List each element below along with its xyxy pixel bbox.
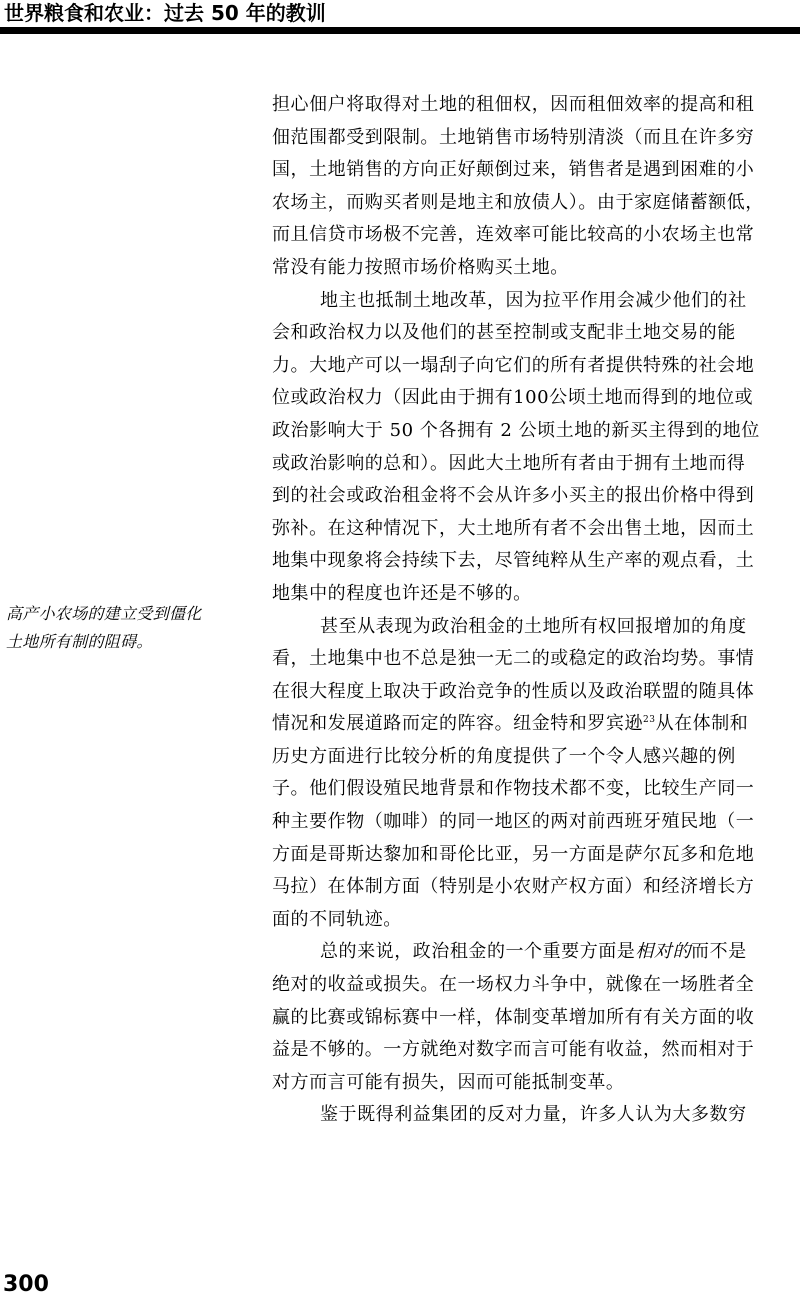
text-line: 面的不同轨迹。 bbox=[272, 904, 798, 937]
text-line: 地集中现象将会持续下去，尽管纯粹从生产率的观点看，土 bbox=[272, 545, 798, 578]
text-line: 方面是哥斯达黎加和哥伦比亚，另一方面是萨尔瓦多和危地 bbox=[272, 839, 798, 872]
text-line: 马拉）在体制方面（特别是小农财产权方面）和经济增长方 bbox=[272, 871, 798, 904]
text-line: 地集中的程度也许还是不够的。 bbox=[272, 578, 798, 611]
line-text: 地集中的程度也许还是不够的。 bbox=[272, 583, 532, 604]
page-number: 300 bbox=[3, 1272, 49, 1298]
text-line: 子。他们假设殖民地背景和作物技术都不变，比较生产同一 bbox=[272, 773, 798, 806]
line-text: 位或政治权力（因此由于拥有100公顷土地而得到的地位或 bbox=[272, 387, 753, 408]
text-line: 情况和发展道路而定的阵容。纽金特和罗宾逊23从在体制和 bbox=[272, 708, 798, 741]
line-text: 看，土地集中也不总是独一无二的或稳定的政治均势。事情 bbox=[272, 648, 754, 669]
text-line: 力。大地产可以一塌刮子向它们的所有者提供特殊的社会地 bbox=[272, 350, 798, 383]
line-text: 马拉）在体制方面（特别是小农财产权方面）和经济增长方 bbox=[272, 876, 754, 897]
text-line: 会和政治权力以及他们的甚至控制或支配非土地交易的能 bbox=[272, 317, 798, 350]
line-text: 鉴于既得利益集团的反对力量，许多人认为大多数穷 bbox=[320, 1104, 747, 1125]
text-line: 对方而言可能有损失，因而可能抵制变革。 bbox=[272, 1067, 798, 1100]
text-line: 地主也抵制土地改革，因为拉平作用会减少他们的社 bbox=[272, 285, 798, 318]
text-line: 赢的比赛或锦标赛中一样，体制变革增加所有有关方面的收 bbox=[272, 1002, 798, 1035]
line-text: 历史方面进行比较分析的角度提供了一个令人感兴趣的例 bbox=[272, 746, 736, 767]
line-text: 方面是哥斯达黎加和哥伦比亚，另一方面是萨尔瓦多和危地 bbox=[272, 844, 754, 865]
text-line: 国，土地销售的方向正好颠倒过来，销售者是遇到困难的小 bbox=[272, 154, 798, 187]
line-text: 会和政治权力以及他们的甚至控制或支配非土地交易的能 bbox=[272, 322, 736, 343]
line-text: 对方而言可能有损失，因而可能抵制变革。 bbox=[272, 1072, 624, 1093]
text-line: 担心佃户将取得对土地的租佃权，因而租佃效率的提高和租 bbox=[272, 89, 798, 122]
header-rule bbox=[0, 27, 800, 34]
body-text: 担心佃户将取得对土地的租佃权，因而租佃效率的提高和租佃范围都受到限制。土地销售市… bbox=[272, 89, 798, 1132]
line-text: 在很大程度上取决于政治竞争的性质以及政治联盟的随具体 bbox=[272, 681, 754, 702]
line-text: 情况和发展道路而定的阵容。纽金特和罗宾逊 bbox=[272, 713, 643, 734]
emphasis-text: 相对的 bbox=[635, 941, 691, 962]
line-text: 益是不够的。一方就绝对数字而言可能有收益，然而相对于 bbox=[272, 1039, 754, 1060]
line-text: 担心佃户将取得对土地的租佃权，因而租佃效率的提高和租 bbox=[272, 94, 754, 115]
line-text: 农场主，而购买者则是地主和放债人）。由于家庭储蓄额低， bbox=[272, 192, 764, 213]
line-text: 而且信贷市场极不完善，连效率可能比较高的小农场主也常 bbox=[272, 224, 754, 245]
line-text: 佃范围都受到限制。土地销售市场特别清淡（而且在许多穷 bbox=[272, 127, 754, 148]
line-text: 到的社会或政治租金将不会从许多小买主的报出价格中得到 bbox=[272, 485, 754, 506]
line-text: 面的不同轨迹。 bbox=[272, 909, 402, 930]
line-text: 地主也抵制土地改革，因为拉平作用会减少他们的社 bbox=[320, 290, 747, 311]
line-text: 甚至从表现为政治租金的土地所有权回报增加的角度 bbox=[320, 616, 747, 637]
text-line: 绝对的收益或损失。在一场权力斗争中，就像在一场胜者全 bbox=[272, 969, 798, 1002]
text-line: 常没有能力按照市场价格购买土地。 bbox=[272, 252, 798, 285]
line-text-tail: 从在体制和 bbox=[656, 713, 749, 734]
text-line: 政治影响大于 50 个各拥有 2 公顷土地的新买主得到的地位 bbox=[272, 415, 798, 448]
text-line: 到的社会或政治租金将不会从许多小买主的报出价格中得到 bbox=[272, 480, 798, 513]
text-line: 在很大程度上取决于政治竞争的性质以及政治联盟的随具体 bbox=[272, 676, 798, 709]
line-text: 赢的比赛或锦标赛中一样，体制变革增加所有有关方面的收 bbox=[272, 1007, 754, 1028]
text-line: 总的来说，政治租金的一个重要方面是相对的而不是 bbox=[272, 936, 798, 969]
text-line: 甚至从表现为政治租金的土地所有权回报增加的角度 bbox=[272, 611, 798, 644]
text-line: 看，土地集中也不总是独一无二的或稳定的政治均势。事情 bbox=[272, 643, 798, 676]
text-line: 历史方面进行比较分析的角度提供了一个令人感兴趣的例 bbox=[272, 741, 798, 774]
text-line: 农场主，而购买者则是地主和放债人）。由于家庭储蓄额低， bbox=[272, 187, 798, 220]
text-line: 益是不够的。一方就绝对数字而言可能有收益，然而相对于 bbox=[272, 1034, 798, 1067]
text-line: 种主要作物（咖啡）的同一地区的两对前西班牙殖民地（一 bbox=[272, 806, 798, 839]
line-text: 总的来说，政治租金的一个重要方面是 bbox=[320, 941, 635, 962]
text-line: 而且信贷市场极不完善，连效率可能比较高的小农场主也常 bbox=[272, 219, 798, 252]
margin-note: 高产小农场的建立受到僵化 土地所有制的阻碍。 bbox=[6, 600, 246, 656]
line-text: 国，土地销售的方向正好颠倒过来，销售者是遇到困难的小 bbox=[272, 159, 754, 180]
text-line: 佃范围都受到限制。土地销售市场特别清淡（而且在许多穷 bbox=[272, 122, 798, 155]
line-text: 常没有能力按照市场价格购买土地。 bbox=[272, 257, 569, 278]
line-text-tail: 而不是 bbox=[691, 941, 747, 962]
line-text: 种主要作物（咖啡）的同一地区的两对前西班牙殖民地（一 bbox=[272, 811, 754, 832]
text-line: 位或政治权力（因此由于拥有100公顷土地而得到的地位或 bbox=[272, 382, 798, 415]
text-line: 或政治影响的总和）。因此大土地所有者由于拥有土地而得 bbox=[272, 448, 798, 481]
text-line: 鉴于既得利益集团的反对力量，许多人认为大多数穷 bbox=[272, 1099, 798, 1132]
margin-note-line: 土地所有制的阻碍。 bbox=[6, 628, 246, 656]
line-text: 子。他们假设殖民地背景和作物技术都不变，比较生产同一 bbox=[272, 778, 754, 799]
line-text: 或政治影响的总和）。因此大土地所有者由于拥有土地而得 bbox=[272, 453, 745, 474]
line-text: 地集中现象将会持续下去，尽管纯粹从生产率的观点看，土 bbox=[272, 550, 754, 571]
line-text: 绝对的收益或损失。在一场权力斗争中，就像在一场胜者全 bbox=[272, 974, 754, 995]
line-text: 弥补。在这种情况下，大土地所有者不会出售土地，因而土 bbox=[272, 518, 754, 539]
line-text: 力。大地产可以一塌刮子向它们的所有者提供特殊的社会地 bbox=[272, 355, 754, 376]
margin-note-line: 高产小农场的建立受到僵化 bbox=[6, 600, 246, 628]
footnote-ref: 23 bbox=[643, 715, 656, 725]
text-line: 弥补。在这种情况下，大土地所有者不会出售土地，因而土 bbox=[272, 513, 798, 546]
running-head: 世界粮食和农业：过去 50 年的教训 bbox=[4, 0, 326, 26]
line-text: 政治影响大于 50 个各拥有 2 公顷土地的新买主得到的地位 bbox=[272, 420, 760, 441]
